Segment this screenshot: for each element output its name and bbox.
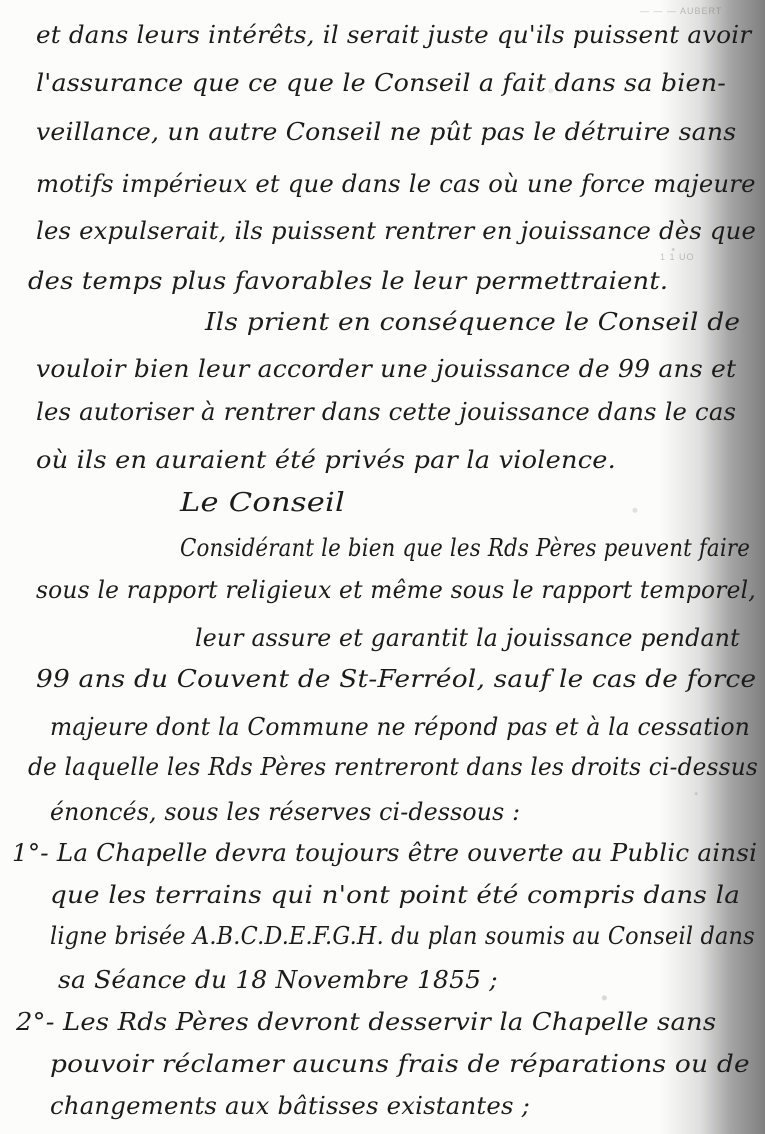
manuscript-line: vouloir bien leur accorder une jouissanc… bbox=[36, 355, 736, 383]
manuscript-line: Considérant le bien que les Rds Pères pe… bbox=[180, 534, 750, 562]
manuscript-line: énoncés, sous les réserves ci-dessous : bbox=[50, 798, 520, 826]
manuscript-line: de laquelle les Rds Pères rentreront dan… bbox=[28, 753, 758, 781]
manuscript-line: motifs impérieux et que dans le cas où u… bbox=[36, 170, 756, 198]
manuscript-line: que les terrains qui n'ont point été com… bbox=[50, 881, 740, 909]
manuscript-line: majeure dont la Commune ne répond pas et… bbox=[50, 713, 750, 741]
manuscript-line: des temps plus favorables le leur permet… bbox=[28, 267, 668, 295]
manuscript-line: les expulserait, ils puissent rentrer en… bbox=[36, 217, 756, 245]
manuscript-line: sa Séance du 18 Novembre 1855 ; bbox=[58, 966, 498, 994]
manuscript-line: l'assurance que ce que le Conseil a fait… bbox=[36, 69, 726, 97]
manuscript-line: les autoriser à rentrer dans cette jouis… bbox=[36, 398, 736, 426]
manuscript-line: sous le rapport religieux et même sous l… bbox=[36, 576, 756, 604]
manuscript-line: Ils prient en conséquence le Conseil de bbox=[205, 308, 740, 336]
manuscript-line: 99 ans du Couvent de St-Ferréol, sauf le… bbox=[36, 665, 756, 693]
section-heading: Le Conseil bbox=[180, 488, 345, 518]
manuscript-line: veillance, un autre Conseil ne pût pas l… bbox=[36, 118, 736, 146]
manuscript-line: ligne brisée A.B.C.D.E.F.G.H. du plan so… bbox=[50, 922, 755, 950]
manuscript-line: pouvoir réclamer aucuns frais de réparat… bbox=[50, 1050, 750, 1078]
manuscript-text-body: et dans leurs intérêts, il serait juste … bbox=[0, 0, 765, 1134]
manuscript-line: 2°- Les Rds Pères devront desservir la C… bbox=[16, 1008, 716, 1036]
manuscript-line: leur assure et garantit la jouissance pe… bbox=[195, 624, 740, 652]
scanned-manuscript-page: — — — AUBERT 1 1 UO et dans leurs intérê… bbox=[0, 0, 765, 1134]
manuscript-line: 1°- La Chapelle devra toujours être ouve… bbox=[12, 839, 757, 867]
manuscript-line: changements aux bâtisses existantes ; bbox=[50, 1092, 530, 1120]
manuscript-line: où ils en auraient été privés par la vio… bbox=[36, 446, 616, 474]
manuscript-line: et dans leurs intérêts, il serait juste … bbox=[36, 21, 751, 49]
